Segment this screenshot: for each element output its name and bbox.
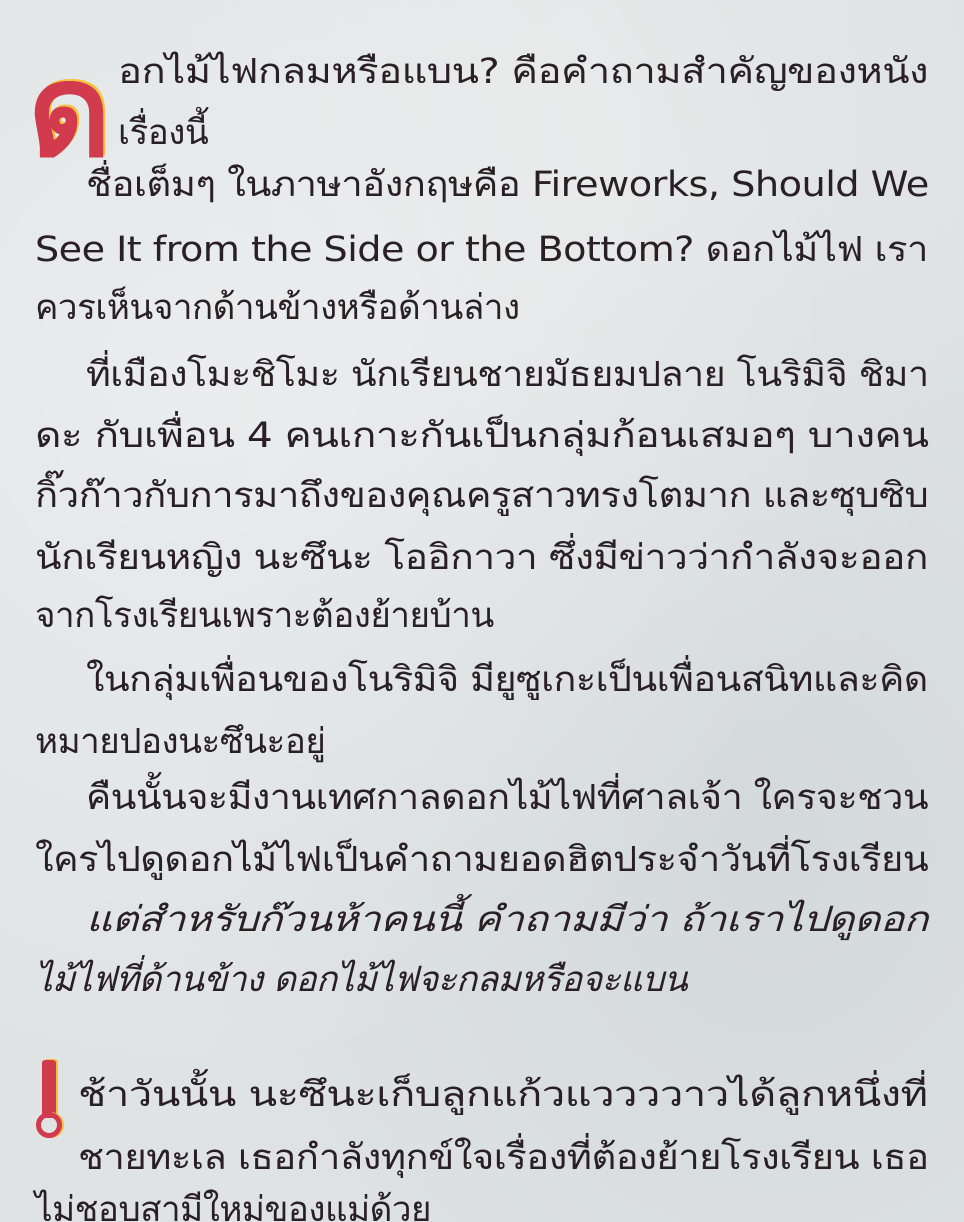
text-line: เรื่องนี้	[118, 113, 208, 153]
text-line: กิ๊วก๊าวกับการมาถึงของคุณครูสาวทรงโตมาก …	[35, 476, 928, 516]
text-line: ใครไปดูดอกไม้ไฟเป็นคำถามยอดฮิตประจำวันที…	[35, 840, 928, 880]
newspaper-article: ด อกไม้ไฟกลมหรือแบน? คือคำถามสำคัญของหนั…	[0, 0, 964, 1222]
drop-cap-sara-e-ring	[36, 1112, 62, 1138]
text-line: ควรเห็นจากด้านข้างหรือด้านล่าง	[35, 288, 520, 328]
text-line: ดะ กับเพื่อน 4 คนเกาะกันเป็นกลุ่มก้อนเสม…	[35, 416, 928, 456]
text-line: นักเรียนหญิง นะซึนะ โออิกาวา ซึ่งมีข่าวว…	[35, 538, 928, 578]
text-line: ช้าวันนั้น นะซึนะเก็บลูกแก้วแววววาวได้ลู…	[78, 1075, 928, 1115]
text-line: See It from the Side or the Bottom? ดอกไ…	[35, 230, 928, 270]
text-line: ชื่อเต็มๆ ในภาษาอังกฤษคือ Fireworks, Sho…	[86, 165, 929, 205]
text-line: ที่เมืองโมะชิโมะ นักเรียนชายมัธยมปลาย โน…	[86, 355, 929, 395]
text-line: จากโรงเรียนเพราะต้องย้ายบ้าน	[35, 596, 494, 636]
text-line: ไม่ชอบสามีใหม่ของแม่ด้วย	[35, 1190, 431, 1222]
text-line: ไม้ไฟที่ด้านข้าง ดอกไม้ไฟจะกลมหรือจะแบน	[35, 960, 687, 1000]
text-line: อกไม้ไฟกลมหรือแบน? คือคำถามสำคัญของหนัง	[118, 52, 928, 92]
text-line: คืนนั้นจะมีงานเทศกาลดอกไม้ไฟที่ศาลเจ้า ใ…	[86, 778, 928, 818]
text-line: หมายปองนะซึนะอยู่	[35, 722, 325, 762]
text-line: แต่สำหรับก๊วนห้าคนนี้ คำถามมีว่า ถ้าเราไ…	[86, 900, 928, 940]
text-line: ชายทะเล เธอกำลังทุกข์ใจเรื่องที่ต้องย้าย…	[78, 1138, 929, 1178]
text-line: ในกลุ่มเพื่อนของโนริมิจิ มียูซูเกะเป็นเพ…	[86, 660, 928, 700]
drop-cap-sara-e-stem	[42, 1060, 56, 1118]
drop-cap-do-dek: ด	[28, 48, 111, 176]
